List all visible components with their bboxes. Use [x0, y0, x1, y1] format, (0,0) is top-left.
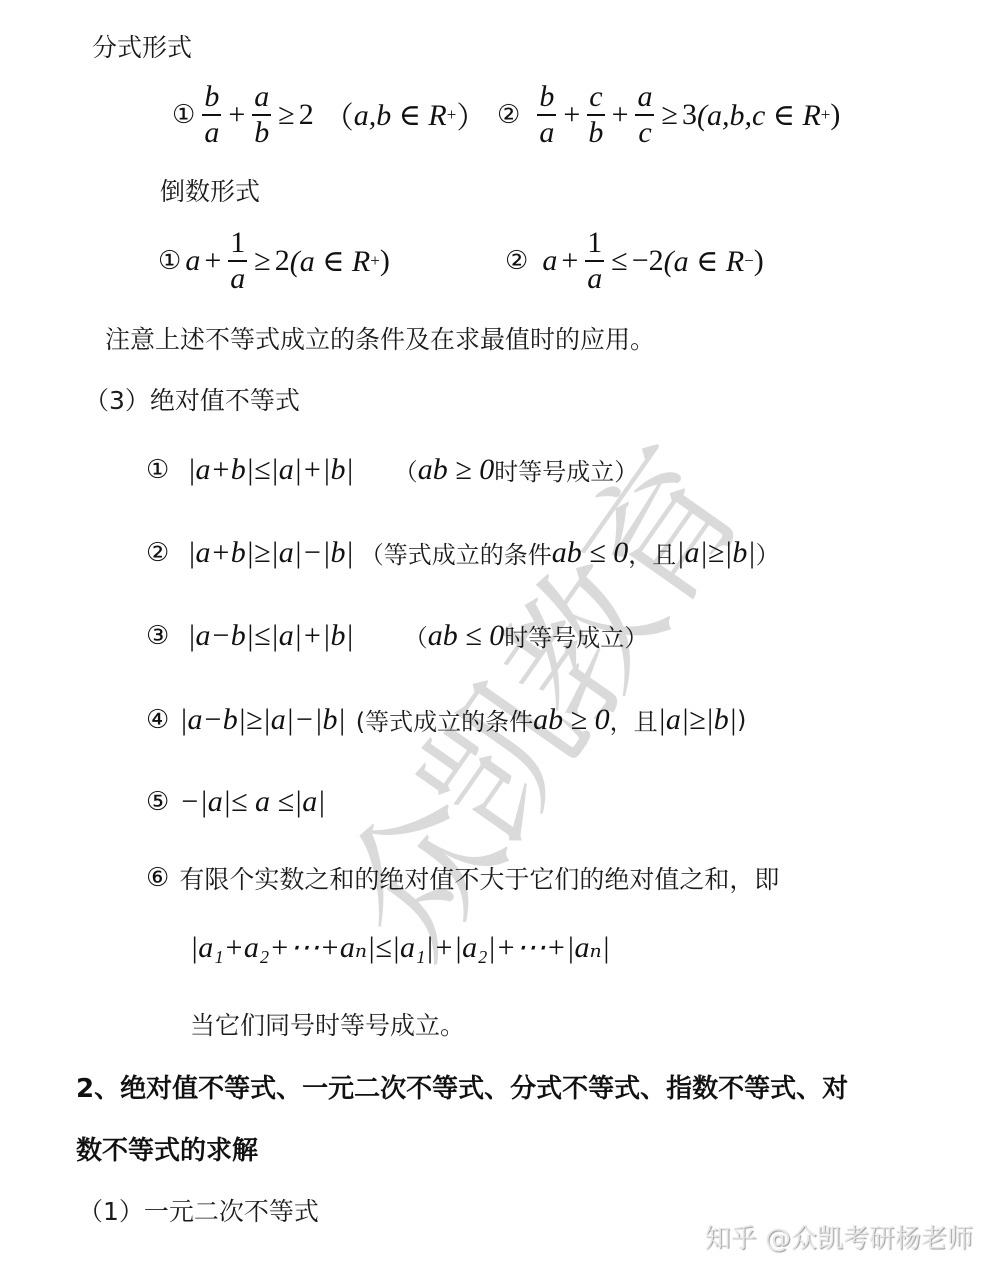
- abs-item-6: ⑥ 有限个实数之和的绝对值不大于它们的绝对值之和，即: [146, 860, 779, 896]
- abs-item-3: ③ |a−b|≤|a|+|b| （ab ≤ 0时等号成立）: [146, 618, 648, 653]
- abs-item-6-footer: 当它们同号时等号成立。: [190, 1006, 465, 1042]
- formula: |a+b|≥|a|−|b|: [187, 536, 353, 570]
- section-2-title-line-1: 2、绝对值不等式、一元二次不等式、分式不等式、指数不等式、对: [76, 1068, 848, 1105]
- fraction: cb: [587, 82, 604, 148]
- formula: |a−b|≤|a|+|b|: [187, 619, 353, 653]
- abs-item-5: ⑤ −|a|≤ a ≤|a|: [146, 785, 325, 819]
- usage-note: 注意上述不等式成立的条件及在求最值时的应用。: [105, 320, 655, 356]
- fraction: ac: [635, 82, 654, 148]
- marker: ①: [146, 455, 169, 485]
- section-2-title-line-2: 数不等式的求解: [76, 1130, 258, 1167]
- item-text: 有限个实数之和的绝对值不大于它们的绝对值之和，即: [179, 860, 779, 896]
- absolute-value-heading: （3）绝对值不等式: [84, 381, 300, 417]
- fraction-form-item-2: ② ba + cb + ac ≥3 (a,b,c ∈ R+): [497, 82, 840, 148]
- formula: |a+b|≤|a|+|b|: [187, 453, 353, 487]
- fraction: ab: [252, 82, 271, 148]
- reciprocal-form-heading: 倒数形式: [160, 172, 260, 208]
- subsection-1-heading: （1）一元二次不等式: [78, 1192, 319, 1228]
- marker: ④: [146, 705, 169, 735]
- reciprocal-form-item-2: ② a+ 1a ≤−2 (a ∈ R−): [505, 228, 764, 294]
- marker: ①: [158, 246, 181, 276]
- marker: ①: [172, 100, 195, 130]
- marker: ③: [146, 621, 169, 651]
- abs-item-6-formula: |a₁+a₂+⋯+aₙ|≤|a₁|+|a₂|+⋯+|aₙ|: [190, 930, 610, 965]
- abs-item-2: ② |a+b|≥|a|−|b| （等式成立的条件ab ≤ 0，且|a|≥|b|）: [146, 535, 780, 570]
- fraction: 1a: [228, 228, 247, 294]
- formula: |a−b|≥|a|−|b|: [179, 703, 345, 737]
- marker: ⑥: [146, 863, 169, 893]
- marker: ②: [505, 246, 528, 276]
- abs-item-1: ① |a+b|≤|a|+|b| （ab ≥ 0时等号成立）: [146, 452, 638, 487]
- fraction-form-heading: 分式形式: [92, 28, 192, 64]
- marker: ②: [146, 538, 169, 568]
- fraction: 1a: [585, 228, 604, 294]
- zhihu-credit-watermark: 知乎 @众凯考研杨老师: [705, 1218, 973, 1255]
- watermark-text: 众凯教育: [281, 407, 779, 990]
- fraction: ba: [202, 82, 221, 148]
- fraction-form-item-1: ① ba + ab ≥2 （a,b ∈ R+）: [172, 82, 486, 148]
- marker: ②: [497, 100, 520, 130]
- formula: −|a|≤ a ≤|a|: [179, 785, 325, 819]
- reciprocal-form-item-1: ① a+ 1a ≥2 (a ∈ R+): [158, 228, 390, 294]
- abs-item-4: ④ |a−b|≥|a|−|b| (等式成立的条件ab ≥ 0，且|a|≥|b|): [146, 702, 746, 737]
- fraction: ba: [537, 82, 556, 148]
- marker: ⑤: [146, 787, 169, 817]
